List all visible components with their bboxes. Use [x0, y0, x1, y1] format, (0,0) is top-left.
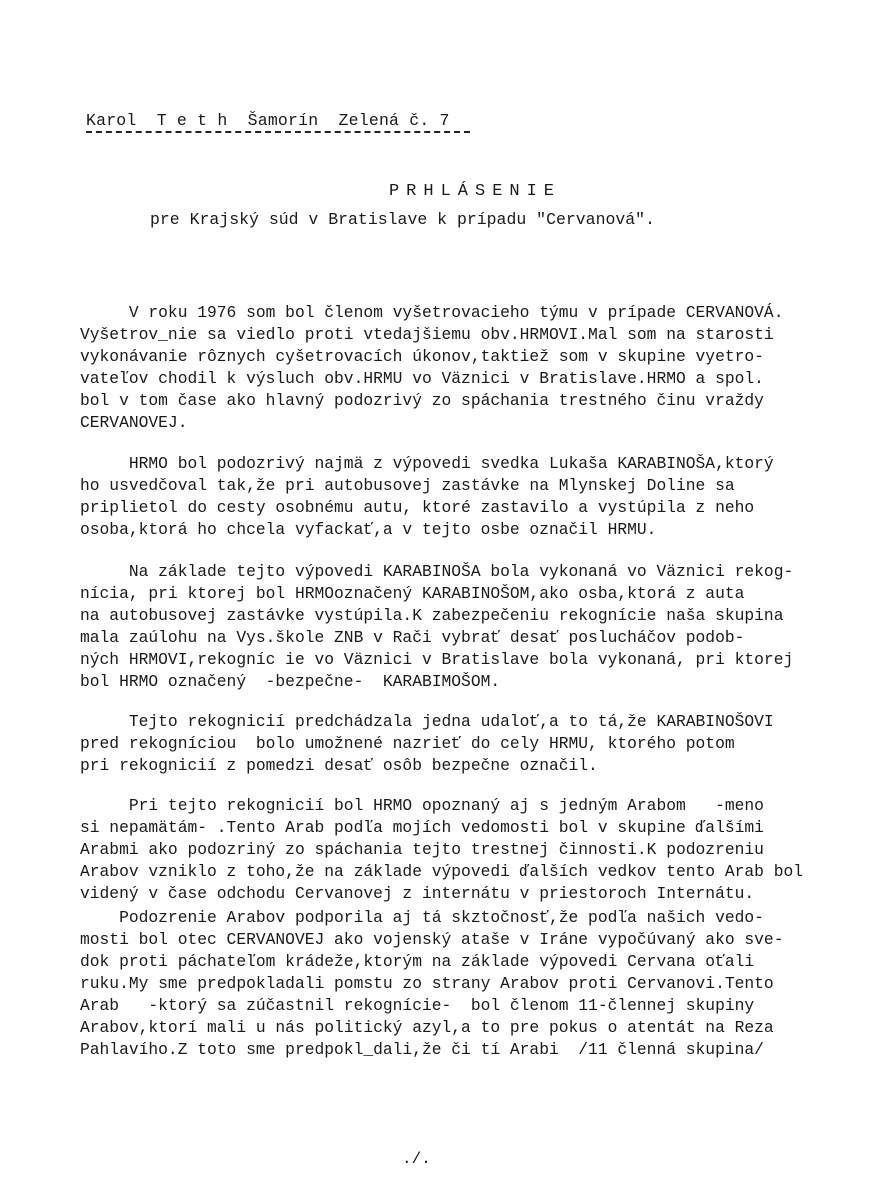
text-line: bol v tom čase ako hlavný podozrivý zo s…	[80, 390, 870, 412]
text-line: mosti bol otec CERVANOVEJ ako vojenský a…	[80, 929, 870, 951]
paragraph-2: HRMO bol podozrivý najmä z výpovedi sved…	[80, 453, 870, 541]
text-line: Arabov,ktorí mali u nás politický azyl,a…	[80, 1017, 870, 1039]
text-line: Arabov vzniklo z toho,že na základe výpo…	[80, 861, 870, 883]
document-body: V roku 1976 som bol členom vyšetrovacieh…	[80, 302, 870, 1061]
text-line: V roku 1976 som bol členom vyšetrovacieh…	[80, 302, 870, 324]
continuation-marker: ./.	[402, 1150, 431, 1168]
paragraph-1: V roku 1976 som bol členom vyšetrovacieh…	[80, 302, 870, 434]
text-line: Tejto rekognicií predchádzala jedna udal…	[80, 711, 870, 733]
text-line: Arabmi ako podozriný zo spáchania tejto …	[80, 839, 870, 861]
text-line: Podozrenie Arabov podporila aj tá skztoč…	[80, 907, 870, 929]
text-line: HRMO bol podozrivý najmä z výpovedi sved…	[80, 453, 870, 475]
text-line: Arab -ktorý sa zúčastnil rekognície- bol…	[80, 995, 870, 1017]
text-line: vateľov chodil k výsluch obv.HRMU vo Väz…	[80, 368, 870, 390]
sender-line: Karol T e t h Šamorín Zelená č. 7	[86, 112, 470, 133]
text-line: ných HRMOVI,rekogníc ie vo Väznici v Bra…	[80, 649, 870, 671]
document-subtitle: pre Krajský súd v Bratislave k prípadu "…	[150, 210, 655, 229]
text-line: osoba,ktorá ho chcela vyfackať,a v tejto…	[80, 519, 870, 541]
text-line: bol HRMO označený -bezpečne- KARABIMOŠOM…	[80, 671, 870, 693]
text-line: na autobusovej zastávke vystúpila.K zabe…	[80, 605, 870, 627]
text-line: Na základe tejto výpovedi KARABINOŠA bol…	[80, 561, 870, 583]
text-line: Vyšetrov_nie sa viedlo proti vtedajšiemu…	[80, 324, 870, 346]
document-page: Karol T e t h Šamorín Zelená č. 7 PRHLÁS…	[0, 0, 870, 1200]
text-line: Pahlavího.Z toto sme predpokl_dali,že či…	[80, 1039, 870, 1061]
paragraph-3: Na základe tejto výpovedi KARABINOŠA bol…	[80, 561, 870, 693]
text-line: nícia, pri ktorej bol HRMOoznačený KARAB…	[80, 583, 870, 605]
text-line: Pri tejto rekognicií bol HRMO opoznaný a…	[80, 795, 870, 817]
text-line: videný v čase odchodu Cervanovej z inter…	[80, 883, 870, 905]
text-line: pri rekognicií z pomedzi desať osôb bezp…	[80, 755, 870, 777]
text-line: CERVANOVEJ.	[80, 412, 870, 434]
text-line: ruku.My sme predpokladali pomstu zo stra…	[80, 973, 870, 995]
text-line: priplietol do cesty osobnému autu, ktoré…	[80, 497, 870, 519]
text-line: pred rekogníciou bolo umožnené nazrieť d…	[80, 733, 870, 755]
text-line: mala zaúlohu na Vys.škole ZNB v Rači vyb…	[80, 627, 870, 649]
text-line: vykonávanie rôznych cyšetrovacích úkonov…	[80, 346, 870, 368]
text-line: dok proti páchateľom krádeže,ktorým na z…	[80, 951, 870, 973]
text-line: ho usvedčoval tak,že pri autobusovej zas…	[80, 475, 870, 497]
document-title: PRHLÁSENIE	[0, 182, 870, 201]
paragraph-5: Pri tejto rekognicií bol HRMO opoznaný a…	[80, 795, 870, 905]
paragraph-6: Podozrenie Arabov podporila aj tá skztoč…	[80, 907, 870, 1061]
text-line: si nepamätám- .Tento Arab podľa mojích v…	[80, 817, 870, 839]
paragraph-4: Tejto rekognicií predchádzala jedna udal…	[80, 711, 870, 777]
